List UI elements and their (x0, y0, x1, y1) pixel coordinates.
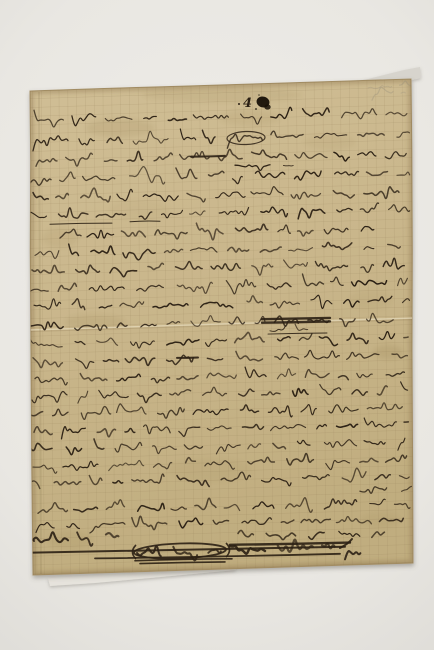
letter-photograph: 4 (0, 0, 434, 650)
photo-background: 4 (0, 0, 434, 650)
strikethrough-mark (262, 321, 330, 322)
strikethrough-mark (191, 156, 225, 157)
page-number: 4 (243, 96, 252, 111)
strikethrough-mark (262, 318, 330, 319)
